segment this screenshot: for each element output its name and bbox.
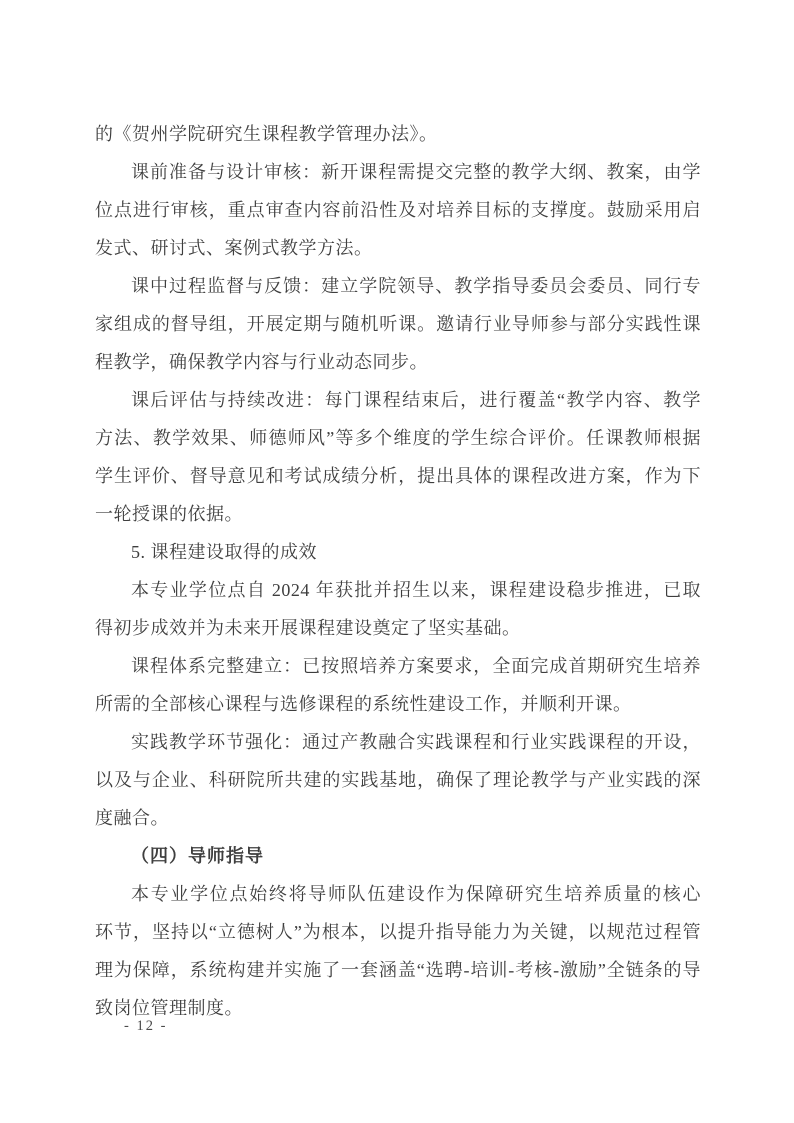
text-line: 的《贺州学院研究生课程教学管理办法》。 [95, 115, 701, 153]
text-line: 程教学，确保教学内容与行业动态同步。 [95, 343, 701, 381]
text-line: 位点进行审核，重点审查内容前沿性及对培养目标的支撑度。鼓励采用启 [95, 191, 701, 229]
text-line: 致岗位管理制度。 [95, 989, 701, 1027]
page-number: - 12 - [124, 1016, 167, 1036]
text-line: 以及与企业、科研院所共建的实践基地，确保了理论教学与产业实践的深 [95, 761, 701, 799]
text-line: 课后评估与持续改进：每门课程结束后，进行覆盖“教学内容、教学 [95, 381, 701, 419]
section-heading-numbered: 5. 课程建设取得的成效 [95, 533, 701, 571]
text-line: 一轮授课的依据。 [95, 495, 701, 533]
text-line: 度融合。 [95, 799, 701, 837]
text-line: 课程体系完整建立：已按照培养方案要求，全面完成首期研究生培养 [95, 647, 701, 685]
text-line: 理为保障，系统构建并实施了一套涵盖“选聘-培训-考核-激励”全链条的导 [95, 951, 701, 989]
text-line: 所需的全部核心课程与选修课程的系统性建设工作，并顺利开课。 [95, 685, 701, 723]
text-line: 本专业学位点始终将导师队伍建设作为保障研究生培养质量的核心 [95, 875, 701, 913]
text-line: 发式、研讨式、案例式教学方法。 [95, 229, 701, 267]
section-heading-mentor-guidance: （四）导师指导 [95, 837, 701, 875]
text-line: 实践教学环节强化：通过产教融合实践课程和行业实践课程的开设， [95, 723, 701, 761]
document-body: 的《贺州学院研究生课程教学管理办法》。 课前准备与设计审核：新开课程需提交完整的… [95, 115, 701, 1027]
text-line: 环节，坚持以“立德树人”为根本，以提升指导能力为关键，以规范过程管 [95, 913, 701, 951]
text-line: 家组成的督导组，开展定期与随机听课。邀请行业导师参与部分实践性课 [95, 305, 701, 343]
text-line: 方法、教学效果、师德师风”等多个维度的学生综合评价。任课教师根据 [95, 419, 701, 457]
document-page: 的《贺州学院研究生课程教学管理办法》。 课前准备与设计审核：新开课程需提交完整的… [0, 0, 794, 1123]
text-line: 得初步成效并为未来开展课程建设奠定了坚实基础。 [95, 609, 701, 647]
text-line: 课前准备与设计审核：新开课程需提交完整的教学大纲、教案，由学 [95, 153, 701, 191]
text-line: 课中过程监督与反馈：建立学院领导、教学指导委员会委员、同行专 [95, 267, 701, 305]
text-line: 本专业学位点自 2024 年获批并招生以来，课程建设稳步推进，已取 [95, 571, 701, 609]
text-line: 学生评价、督导意见和考试成绩分析，提出具体的课程改进方案，作为下 [95, 457, 701, 495]
